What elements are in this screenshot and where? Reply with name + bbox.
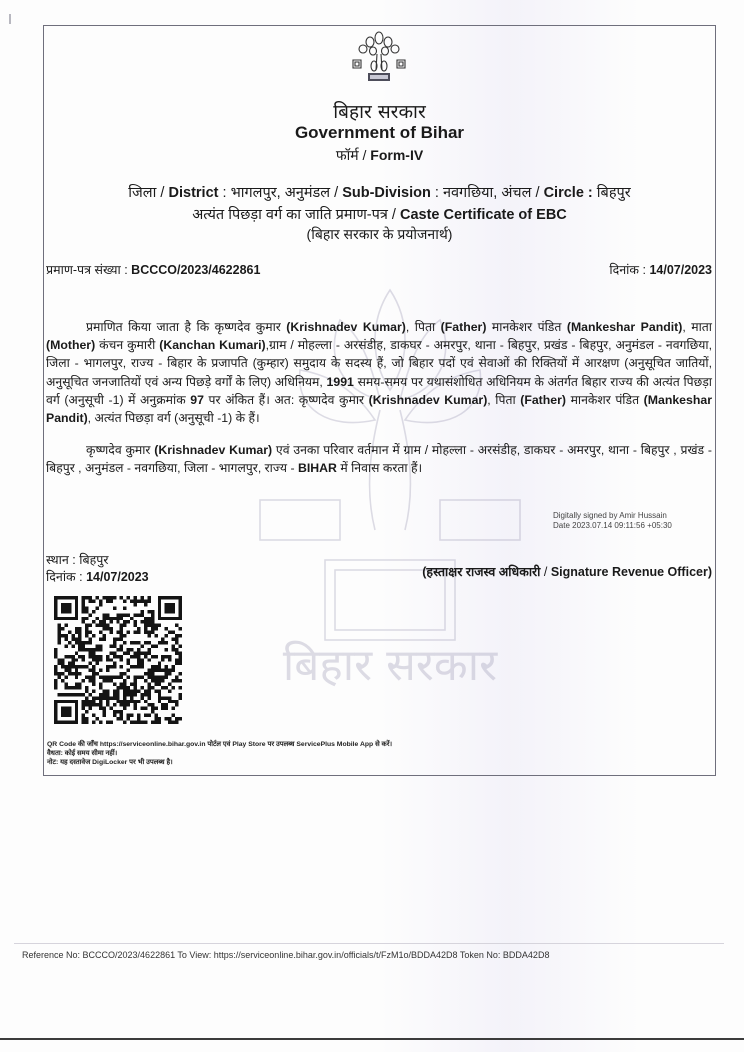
district-label-hindi: जिला <box>128 185 156 201</box>
subdivision-value: नवगछिया, <box>443 185 497 201</box>
qr-note-verify: QR Code की जाँच https://serviceonline.bi… <box>47 740 392 749</box>
signature-label: (हस्ताक्षर राजस्व अधिकारी / Signature Re… <box>422 563 712 580</box>
certification-paragraph: प्रमाणित किया जाता है कि कृष्णदेव कुमार … <box>46 318 712 427</box>
certificate-title-hindi: अत्यंत पिछड़ा वर्ग का जाति प्रमाण-पत्र <box>192 207 388 223</box>
certificate-title-english: Caste Certificate of EBC <box>400 207 567 223</box>
issue-place-date: स्थान : बिहपुर दिनांक : 14/07/2023 <box>46 552 149 586</box>
location-line: जिला / District : भागलपुर, अनुमंडल / Sub… <box>43 182 716 202</box>
qr-code-icon[interactable] <box>50 596 186 724</box>
certificate-title: अत्यंत पिछड़ा वर्ग का जाति प्रमाण-पत्र /… <box>43 204 716 224</box>
bihar-emblem-icon <box>347 30 411 86</box>
svg-text:बिहार सरकार: बिहार सरकार <box>283 640 498 690</box>
certificate-date-value: 14/07/2023 <box>649 263 712 277</box>
footer-reference: Reference No: BCCCO/2023/4622861 To View… <box>22 950 549 960</box>
certificate-number: BCCCO/2023/4622861 <box>131 263 260 277</box>
form-label: फॉर्म / Form-IV <box>43 146 716 165</box>
digital-signature-date: Date 2023.07.14 09:11:56 +05:30 <box>553 521 672 531</box>
certificate-number-label: प्रमाण-पत्र संख्या <box>46 263 121 277</box>
residence-paragraph: कृष्णदेव कुमार (Krishnadev Kumar) एवं उन… <box>46 441 712 477</box>
district-label: District <box>169 185 219 201</box>
qr-instructions: QR Code की जाँच https://serviceonline.bi… <box>47 740 392 767</box>
circle-label: Circle <box>544 185 584 201</box>
footer-divider <box>14 943 724 944</box>
form-label-hindi: फॉर्म <box>336 147 359 163</box>
digital-signature-signer: Digitally signed by Amir Hussain <box>553 511 672 521</box>
scan-edge-mark <box>9 14 11 24</box>
scan-bottom-edge <box>0 1038 744 1040</box>
government-title: Government of Bihar <box>43 123 716 143</box>
subdivision-label: Sub-Division <box>342 185 431 201</box>
government-title-hindi: बिहार सरकार <box>43 98 716 124</box>
certificate-date: दिनांक : 14/07/2023 <box>609 261 712 278</box>
certificate-purpose: (बिहार सरकार के प्रयोजनार्थ) <box>43 225 716 244</box>
issue-place: स्थान : बिहपुर <box>46 552 149 569</box>
certificate-number-row: प्रमाण-पत्र संख्या : BCCCO/2023/4622861 … <box>46 261 712 278</box>
subdivision-label-hindi: अनुमंडल <box>285 185 330 201</box>
circle-value: बिहपुर <box>597 185 631 201</box>
issue-date: दिनांक : 14/07/2023 <box>46 569 149 586</box>
qr-note-digilocker: नोट: यह दस्तावेज DigiLocker पर भी उपलब्ध… <box>47 758 392 767</box>
circle-label-hindi: अंचल <box>501 185 531 201</box>
signature-label-hindi: (हस्ताक्षर राजस्व अधिकारी <box>422 565 540 579</box>
district-value: भागलपुर, <box>231 185 281 201</box>
certificate-date-label: दिनांक <box>609 263 639 277</box>
signature-label-english: Signature Revenue Officer) <box>551 565 712 579</box>
digital-signature: Digitally signed by Amir Hussain Date 20… <box>553 511 672 531</box>
form-label-english: Form-IV <box>370 147 423 163</box>
qr-note-validity: वैधता: कोई समय सीमा नहीं। <box>47 749 392 758</box>
